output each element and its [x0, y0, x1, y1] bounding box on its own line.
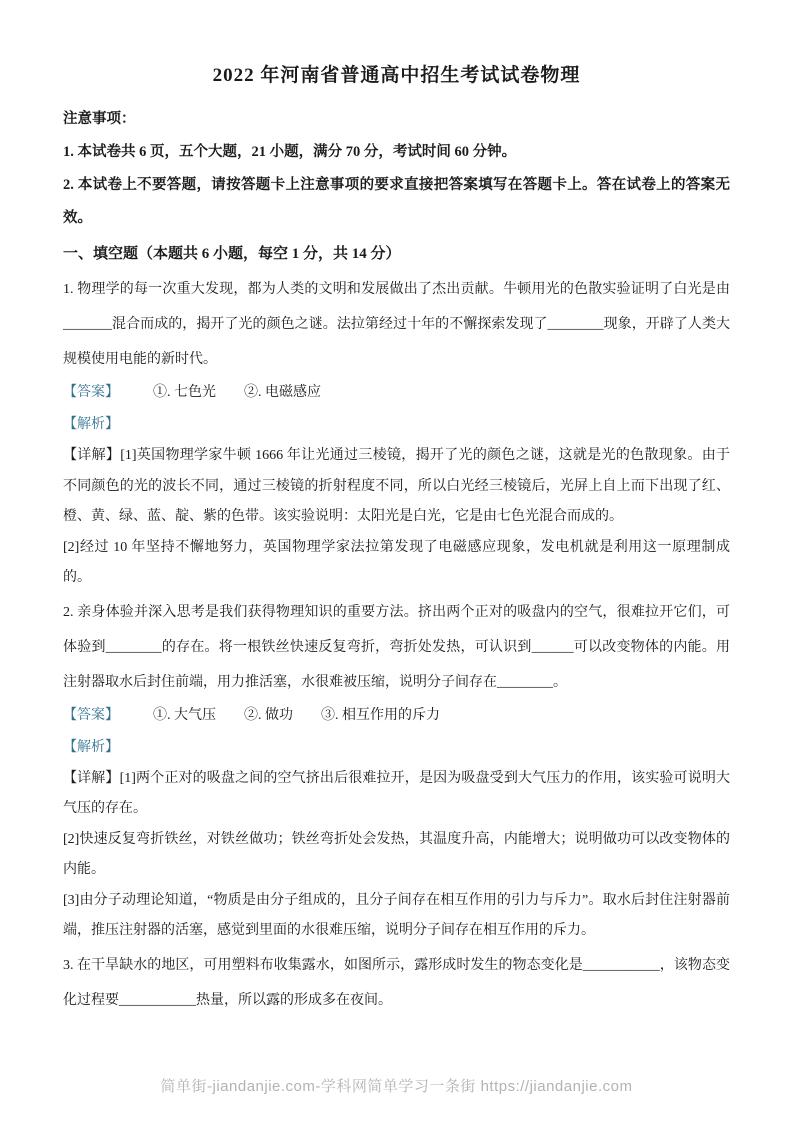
question-1-stem: 1. 物理学的每一次重大发现，都为人类的文明和发展做出了杰出贡献。牛顿用光的色散… [63, 272, 730, 377]
question-2-detail-2: [2]快速反复弯折铁丝，对铁丝做功；铁丝弯折处会发热，其温度升高，内能增大；说明… [63, 825, 730, 886]
analysis-label: 【解析】 [63, 740, 119, 755]
question-2-detail-1: 【详解】[1]两个正对的吸盘之间的空气挤出后很难拉开，是因为吸盘受到大气压力的作… [63, 764, 730, 825]
question-1-detail-2: [2]经过 10 年坚持不懈地努力，英国物理学家法拉第发现了电磁感应现象，发电机… [63, 533, 730, 594]
question-2-analysis-row: 【解析】 [63, 732, 730, 764]
footer-watermark: 简单街-jiandanjie.com-学科网简单学习一条街 https://ji… [0, 1075, 793, 1096]
exam-title: 2022 年河南省普通高中招生考试试卷物理 [63, 60, 730, 87]
question-3-stem: 3. 在干旱缺水的地区，可用塑料布收集露水，如图所示，露形成时发生的物态变化是_… [63, 948, 730, 1018]
question-2-answer-text: ①. 大气压 ②. 做功 ③. 相互作用的斥力 [153, 708, 440, 723]
notice-heading: 注意事项： [63, 103, 730, 136]
question-2-answer-row: 【答案】①. 大气压 ②. 做功 ③. 相互作用的斥力 [63, 700, 730, 732]
question-1-detail-1: 【详解】[1]英国物理学家牛顿 1666 年让光通过三棱镜，揭开了光的颜色之谜，… [63, 441, 730, 533]
answer-label: 【答案】 [63, 385, 119, 400]
question-1-analysis-row: 【解析】 [63, 409, 730, 441]
question-1-answer-text: ①. 七色光 ②. 电磁感应 [153, 385, 321, 400]
exam-paper-page: 2022 年河南省普通高中招生考试试卷物理 注意事项： 1. 本试卷共 6 页，… [0, 0, 793, 1122]
section-heading-fill-in-blank: 一、填空题（本题共 6 小题，每空 1 分，共 14 分） [63, 237, 730, 271]
question-2-stem: 2. 亲身体验并深入思考是我们获得物理知识的重要方法。挤出两个正对的吸盘内的空气… [63, 595, 730, 700]
answer-label: 【答案】 [63, 708, 119, 723]
notice-item-1: 1. 本试卷共 6 页，五个大题，21 小题，满分 70 分，考试时间 60 分… [63, 136, 730, 169]
question-2-detail-3: [3]由分子动理论知道，“物质是由分子组成的，且分子间存在相互作用的引力与斥力”… [63, 886, 730, 947]
notice-item-2: 2. 本试卷上不要答题，请按答题卡上注意事项的要求直接把答案填写在答题卡上。答在… [63, 169, 730, 235]
analysis-label: 【解析】 [63, 417, 119, 432]
question-1-answer-row: 【答案】①. 七色光 ②. 电磁感应 [63, 377, 730, 409]
